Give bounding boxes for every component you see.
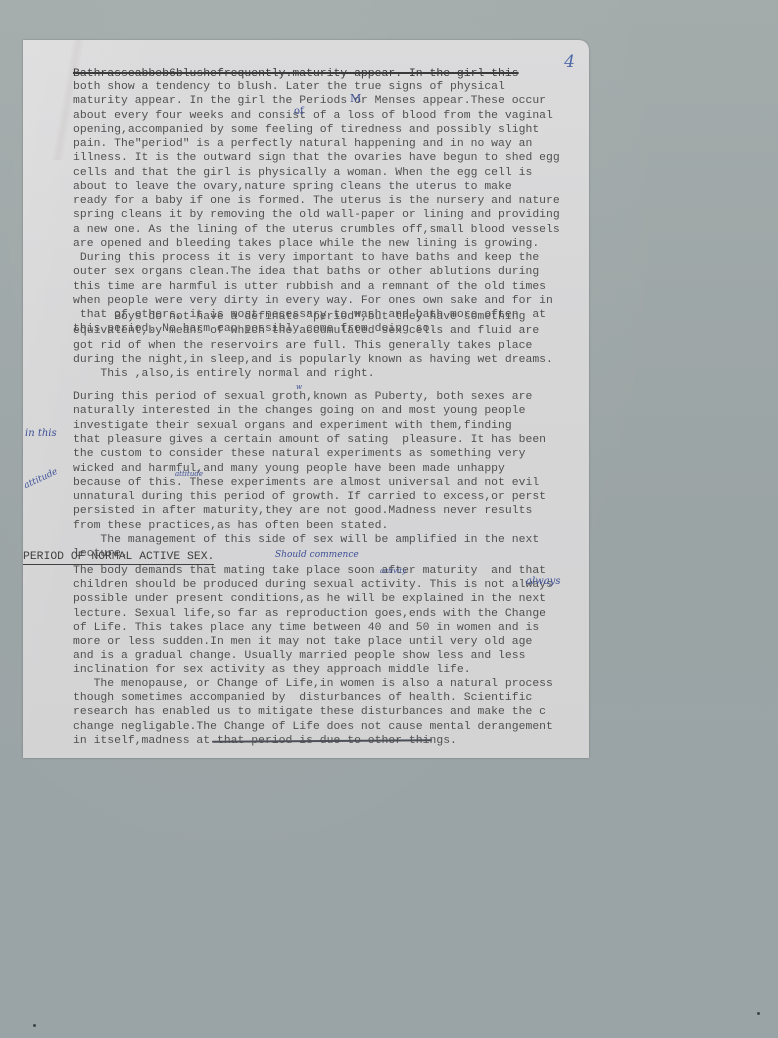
- text-line: about every four weeks and consist of a …: [73, 109, 553, 123]
- text-line: inclination for sex activity as they app…: [73, 663, 471, 677]
- margin-note-attitude: attitude: [23, 467, 60, 491]
- text-line: During this period of sexual groth,known…: [73, 390, 532, 404]
- text-line: The menopause, or Change of Life,in wome…: [73, 677, 553, 691]
- text-line: During this process it is very important…: [73, 251, 539, 265]
- insert-always: always: [526, 576, 560, 587]
- insert-activity: activity: [380, 567, 406, 575]
- text-line: opening,accompanied by some feeling of t…: [73, 123, 539, 137]
- text-line: investigate their sexual organs and expe…: [73, 419, 512, 433]
- insert-should-commence: Should commence: [275, 550, 359, 560]
- text-line: The body demands that mating take place …: [73, 564, 546, 578]
- text-line: both show a tendency to blush. Later the…: [73, 80, 505, 94]
- text-line: about to leave the ovary,nature spring c…: [73, 180, 512, 194]
- text-line: a new one. As the lining of the uterus c…: [73, 223, 560, 237]
- text-line: pain. The"period" is a perfectly natural…: [73, 137, 532, 151]
- text-line: Boys do not have a definate "period",but…: [73, 310, 525, 324]
- struck-header-line: Bathrasseabbeb6blushefrequently.maturity…: [73, 67, 519, 81]
- text-line: from these practices,as has often been s…: [73, 519, 388, 533]
- text-line: more or less sudden.In men it may not ta…: [73, 635, 532, 649]
- text-line: because of this. These experiments are a…: [73, 476, 539, 490]
- text-line: research has enabled us to mitigate thes…: [73, 705, 546, 719]
- text-line: naturally interested in the changes goin…: [73, 404, 525, 418]
- text-line: cells and that the girl is physically a …: [73, 166, 532, 180]
- typewritten-page: 4 Bathrasseabbeb6blushefrequently.maturi…: [23, 40, 589, 758]
- text-line: children should be produced during sexua…: [73, 578, 553, 592]
- text-line: The management of this side of sex will …: [73, 533, 539, 547]
- text-line: that pleasure gives a certain amount of …: [73, 433, 546, 447]
- margin-note-in-this: in this: [25, 428, 57, 439]
- insert-M: M: [350, 92, 361, 105]
- text-line: equivalent,by means of which the accumul…: [73, 324, 539, 338]
- insert-of: of: [294, 106, 304, 117]
- text-line: This ,also,is entirely normal and right.: [73, 367, 375, 381]
- text-line: unnatural during this period of growth. …: [73, 490, 546, 504]
- text-line: possible under present conditions,as he …: [73, 592, 546, 606]
- insert-attitude: attitude: [175, 470, 203, 478]
- dust-speck: [33, 1024, 36, 1027]
- text-line: of Life. This takes place any time betwe…: [73, 621, 539, 635]
- text-line: change negligable.The Change of Life doe…: [73, 720, 553, 734]
- insert-w: w: [296, 383, 302, 391]
- text-line: wicked and harmful,and many young people…: [73, 462, 505, 476]
- text-line: the custom to consider these natural exp…: [73, 447, 525, 461]
- text-line: maturity appear. In the girl the Periods…: [73, 94, 546, 108]
- text-line: illness. It is the outward sign that the…: [73, 151, 560, 165]
- text-line: ready for a baby if one is formed. The u…: [73, 194, 560, 208]
- text-line: got rid of when the reservoirs are full.…: [73, 339, 532, 353]
- text-line: persisted in after maturity,they are not…: [73, 504, 532, 518]
- text-line: and is a gradual change. Usually married…: [73, 649, 525, 663]
- section-heading: PERIOD OF NORMAL ACTIVE SEX.: [23, 550, 214, 565]
- text-line: spring cleans it by removing the old wal…: [73, 208, 560, 222]
- text-line: though sometimes accompanied by disturba…: [73, 691, 532, 705]
- text-line: when people were very dirty in every way…: [73, 294, 553, 308]
- text-line: during the night,in sleep,and is popular…: [73, 353, 553, 367]
- dust-speck: [757, 1012, 760, 1015]
- text-line: this time are harmful is utter rubbish a…: [73, 280, 546, 294]
- text-line: are opened and bleeding takes place whil…: [73, 237, 539, 251]
- text-line: outer sex organs clean.The idea that bat…: [73, 265, 539, 279]
- page-number: 4: [564, 52, 575, 72]
- text-line: lecture. Sexual life,so far as reproduct…: [73, 607, 546, 621]
